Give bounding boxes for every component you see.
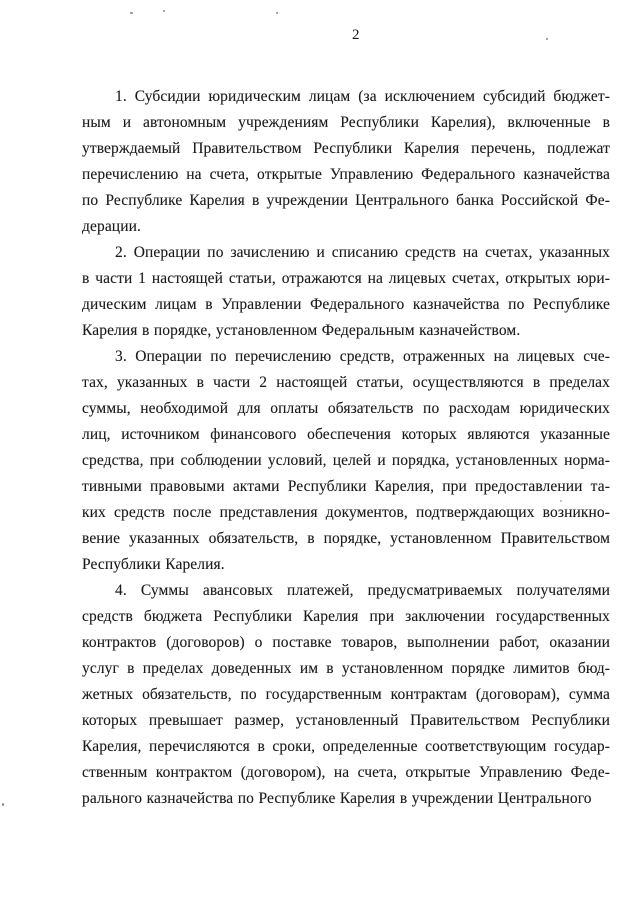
text-line: ких средств после представления документ… bbox=[82, 500, 610, 526]
text-line: ным и автономным учреждениям Республики … bbox=[82, 110, 610, 136]
text-line: средств бюджета Республики Карелия при з… bbox=[82, 604, 610, 630]
scan-artifact bbox=[2, 803, 4, 806]
document-body: 1. Субсидии юридическим лицам (за исключ… bbox=[82, 84, 610, 812]
scan-artifact bbox=[163, 10, 165, 12]
text-line: дерации. bbox=[82, 214, 610, 240]
text-line: 3. Операции по перечислению средств, отр… bbox=[82, 344, 610, 370]
text-line: по Республике Карелия в учреждении Центр… bbox=[82, 188, 610, 214]
paragraph: 4. Суммы авансовых платежей, предусматри… bbox=[82, 578, 610, 812]
text-line: услуг в пределах доведенных им в установ… bbox=[82, 656, 610, 682]
scanned-document-page: 2 1. Субсидии юридическим лицам (за искл… bbox=[0, 0, 640, 905]
text-line: дическим лицам в Управлении Федерального… bbox=[82, 292, 610, 318]
paragraph: 2. Операции по зачислению и списанию сре… bbox=[82, 240, 610, 344]
text-line: рального казначейства по Республике Каре… bbox=[82, 786, 610, 812]
text-line: тивными правовыми актами Республики Каре… bbox=[82, 474, 610, 500]
scan-artifact bbox=[130, 12, 133, 14]
text-line: средства, при соблюдении условий, целей … bbox=[82, 448, 610, 474]
text-line: тах, указанных в части 2 настоящей стать… bbox=[82, 370, 610, 396]
text-line: Карелия, перечисляются в сроки, определе… bbox=[82, 734, 610, 760]
page-number: 2 bbox=[82, 27, 630, 44]
text-line: ственным контрактом (договором), на счет… bbox=[82, 760, 610, 786]
text-line: Республики Карелия. bbox=[82, 552, 610, 578]
text-line: перечислению на счета, открытые Управлен… bbox=[82, 162, 610, 188]
text-line: в части 1 настоящей статьи, отражаются н… bbox=[82, 266, 610, 292]
text-line: 2. Операции по зачислению и списанию сре… bbox=[82, 240, 610, 266]
text-line: 1. Субсидии юридическим лицам (за исключ… bbox=[82, 84, 610, 110]
scan-artifact bbox=[276, 12, 278, 14]
text-line: жетных обязательств, по государственным … bbox=[82, 682, 610, 708]
paragraph: 1. Субсидии юридическим лицам (за исключ… bbox=[82, 84, 610, 240]
text-line: 4. Суммы авансовых платежей, предусматри… bbox=[82, 578, 610, 604]
text-line: лиц, источником финансового обеспечения … bbox=[82, 422, 610, 448]
paragraph: 3. Операции по перечислению средств, отр… bbox=[82, 344, 610, 578]
text-line: контрактов (договоров) о поставке товаро… bbox=[82, 630, 610, 656]
text-line: которых превышает размер, установленный … bbox=[82, 708, 610, 734]
text-line: утверждаемый Правительством Республики К… bbox=[82, 136, 610, 162]
text-line: Карелия в порядке, установленном Федерал… bbox=[82, 318, 610, 344]
text-line: вение указанных обязательств, в порядке,… bbox=[82, 526, 610, 552]
text-line: суммы, необходимой для оплаты обязательс… bbox=[82, 396, 610, 422]
